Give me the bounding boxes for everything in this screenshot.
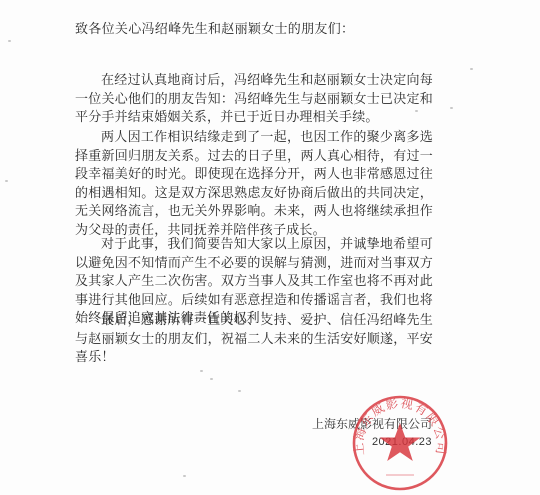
paragraph-announcement: 在经过认真地商讨后，冯绍峰先生和赵丽颖女士决定向每一位关心他们的朋友告知：冯绍峰… bbox=[75, 72, 433, 128]
paragraph-closing: 最后，感谢所有一直关心、支持、爱护、信任冯绍峰先生与赵丽颖女士的朋友们，祝福二人… bbox=[75, 312, 433, 368]
scan-speck bbox=[200, 370, 203, 372]
scan-speck bbox=[450, 107, 453, 109]
signature-date: 2021.04.23 bbox=[312, 433, 432, 451]
scan-speck bbox=[5, 180, 8, 182]
signature-company: 上海东威影视有限公司 bbox=[312, 415, 432, 433]
scan-speck bbox=[470, 68, 473, 70]
document-page: 致各位关心冯绍峰先生和赵丽颖女士的朋友们： 在经过认真地商讨后，冯绍峰先生和赵丽… bbox=[0, 0, 540, 495]
scan-speck bbox=[210, 378, 213, 380]
greeting: 致各位关心冯绍峰先生和赵丽颖女士的朋友们： bbox=[75, 18, 354, 37]
paragraph-background: 两人因工作相识结缘走到了一起，也因工作的聚少离多选择重新回归朋友关系。过去的日子… bbox=[75, 129, 433, 240]
scan-speck bbox=[415, 110, 418, 112]
signature-block: 上海东威影视有限公司 2021.04.23 bbox=[312, 415, 432, 451]
scan-speck bbox=[238, 390, 241, 392]
scan-speck bbox=[183, 475, 186, 477]
scan-speck bbox=[8, 40, 11, 42]
